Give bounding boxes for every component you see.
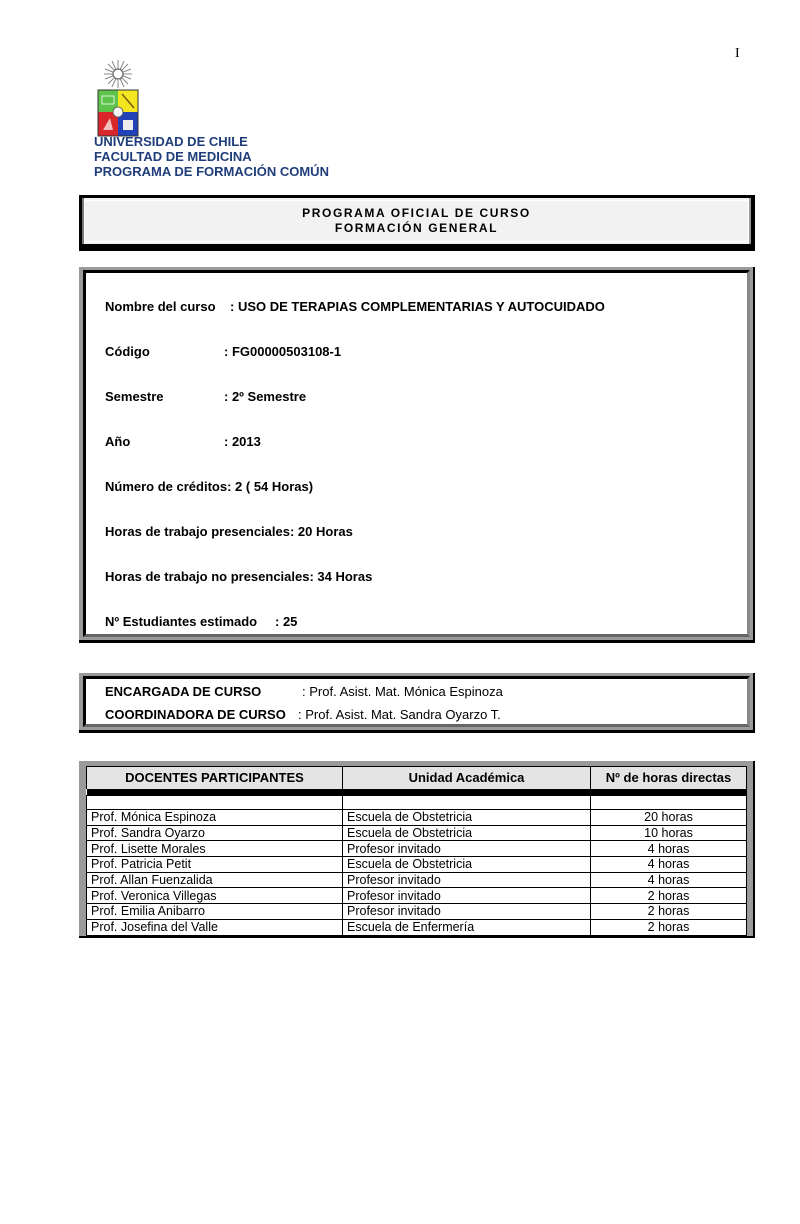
column-header-unit: Unidad Académica: [343, 767, 591, 789]
in-person-hours-value: : 20 Horas: [290, 524, 353, 539]
direct-hours-cell: 2 horas: [591, 919, 747, 935]
direct-hours-cell: 10 horas: [591, 825, 747, 841]
teacher-name-cell: Prof. Sandra Oyarzo: [87, 825, 343, 841]
direct-hours-cell: 2 horas: [591, 888, 747, 904]
academic-unit-cell: Profesor invitado: [343, 904, 591, 920]
students-row: Nº Estudiantes estimado : 25: [105, 614, 257, 629]
course-info-box: Nombre del curso : USO DE TERAPIAS COMPL…: [79, 267, 755, 643]
table-row: Prof. Mónica EspinozaEscuela de Obstetri…: [87, 810, 747, 826]
document-title-box: PROGRAMA OFICIAL DE CURSO FORMACIÓN GENE…: [79, 195, 755, 251]
course-code-value: : FG00000503108-1: [224, 344, 341, 359]
teacher-name-cell: Prof. Lisette Morales: [87, 841, 343, 857]
course-lead-label: ENCARGADA DE CURSO: [105, 684, 261, 699]
in-person-hours-label: Horas de trabajo presenciales: [105, 524, 290, 539]
credits-value: : 2 ( 54 Horas): [227, 479, 313, 494]
direct-hours-cell: 20 horas: [591, 810, 747, 826]
credits-row: Número de créditos: 2 ( 54 Horas): [105, 479, 313, 494]
institution-header: UNIVERSIDAD DE CHILE FACULTAD DE MEDICIN…: [94, 134, 329, 179]
academic-unit-cell: Escuela de Obstetricia: [343, 857, 591, 873]
teacher-name-cell: Prof. Patricia Petit: [87, 857, 343, 873]
direct-hours-cell: 4 horas: [591, 872, 747, 888]
students-value: : 25: [275, 614, 297, 629]
header-separator: [87, 789, 747, 796]
course-coordinator-row: COORDINADORA DE CURSO : Prof. Asist. Mat…: [105, 707, 286, 722]
course-lead-row: ENCARGADA DE CURSO : Prof. Asist. Mat. M…: [105, 684, 261, 699]
document-subtitle: FORMACIÓN GENERAL: [335, 221, 498, 236]
teacher-name-cell: Prof. Allan Fuenzalida: [87, 872, 343, 888]
semester-label: Semestre: [105, 389, 164, 404]
year-value: : 2013: [224, 434, 261, 449]
teachers-table: DOCENTES PARTICIPANTES Unidad Académica …: [86, 766, 747, 936]
table-row: Prof. Sandra OyarzoEscuela de Obstetrici…: [87, 825, 747, 841]
course-coordinator-value: : Prof. Asist. Mat. Sandra Oyarzo T.: [298, 707, 501, 722]
page-number: I: [735, 46, 740, 62]
credits-label: Número de créditos: [105, 479, 227, 494]
column-header-hours: Nº de horas directas: [591, 767, 747, 789]
course-code-label: Código: [105, 344, 150, 359]
academic-unit-cell: Profesor invitado: [343, 888, 591, 904]
direct-hours-cell: 4 horas: [591, 841, 747, 857]
table-row: Prof. Patricia PetitEscuela de Obstetric…: [87, 857, 747, 873]
remote-hours-label: Horas de trabajo no presenciales: [105, 569, 309, 584]
semester-row: Semestre : 2º Semestre: [105, 389, 164, 404]
course-lead-value: : Prof. Asist. Mat. Mónica Espinoza: [302, 684, 503, 699]
course-code-row: Código : FG00000503108-1: [105, 344, 150, 359]
course-coordinator-label: COORDINADORA DE CURSO: [105, 707, 286, 722]
teacher-name-cell: Prof. Emilia Anibarro: [87, 904, 343, 920]
table-row: Prof. Lisette MoralesProfesor invitado4 …: [87, 841, 747, 857]
academic-unit-cell: Profesor invitado: [343, 872, 591, 888]
faculty-name: FACULTAD DE MEDICINA: [94, 149, 329, 164]
remote-hours-value: : 34 Horas: [309, 569, 372, 584]
table-row: Prof. Allan FuenzalidaProfesor invitado4…: [87, 872, 747, 888]
university-crest-icon: [96, 58, 140, 138]
course-staff-box: ENCARGADA DE CURSO : Prof. Asist. Mat. M…: [79, 673, 755, 733]
academic-unit-cell: Escuela de Obstetricia: [343, 810, 591, 826]
course-name-value: : USO DE TERAPIAS COMPLEMENTARIAS Y AUTO…: [230, 299, 605, 314]
academic-unit-cell: Escuela de Enfermería: [343, 919, 591, 935]
program-name: PROGRAMA DE FORMACIÓN COMÚN: [94, 164, 329, 179]
university-name: UNIVERSIDAD DE CHILE: [94, 134, 329, 149]
course-name-label: Nombre del curso: [105, 299, 216, 314]
table-row: Prof. Veronica VillegasProfesor invitado…: [87, 888, 747, 904]
year-row: Año : 2013: [105, 434, 130, 449]
column-header-teachers: DOCENTES PARTICIPANTES: [87, 767, 343, 789]
academic-unit-cell: Escuela de Obstetricia: [343, 825, 591, 841]
academic-unit-cell: Profesor invitado: [343, 841, 591, 857]
students-label: Nº Estudiantes estimado: [105, 614, 257, 629]
direct-hours-cell: 2 horas: [591, 904, 747, 920]
teacher-name-cell: Prof. Josefina del Valle: [87, 919, 343, 935]
table-header-row: DOCENTES PARTICIPANTES Unidad Académica …: [87, 767, 747, 789]
teacher-name-cell: Prof. Veronica Villegas: [87, 888, 343, 904]
table-row: Prof. Josefina del ValleEscuela de Enfer…: [87, 919, 747, 935]
direct-hours-cell: 4 horas: [591, 857, 747, 873]
document-title: PROGRAMA OFICIAL DE CURSO: [302, 206, 531, 221]
blank-row: [87, 796, 747, 810]
teachers-table-frame: DOCENTES PARTICIPANTES Unidad Académica …: [79, 761, 755, 938]
table-row: Prof. Emilia AnibarroProfesor invitado2 …: [87, 904, 747, 920]
year-label: Año: [105, 434, 130, 449]
semester-value: : 2º Semestre: [224, 389, 306, 404]
remote-hours-row: Horas de trabajo no presenciales: 34 Hor…: [105, 569, 372, 584]
in-person-hours-row: Horas de trabajo presenciales: 20 Horas: [105, 524, 353, 539]
course-name-row: Nombre del curso : USO DE TERAPIAS COMPL…: [105, 299, 216, 314]
teacher-name-cell: Prof. Mónica Espinoza: [87, 810, 343, 826]
